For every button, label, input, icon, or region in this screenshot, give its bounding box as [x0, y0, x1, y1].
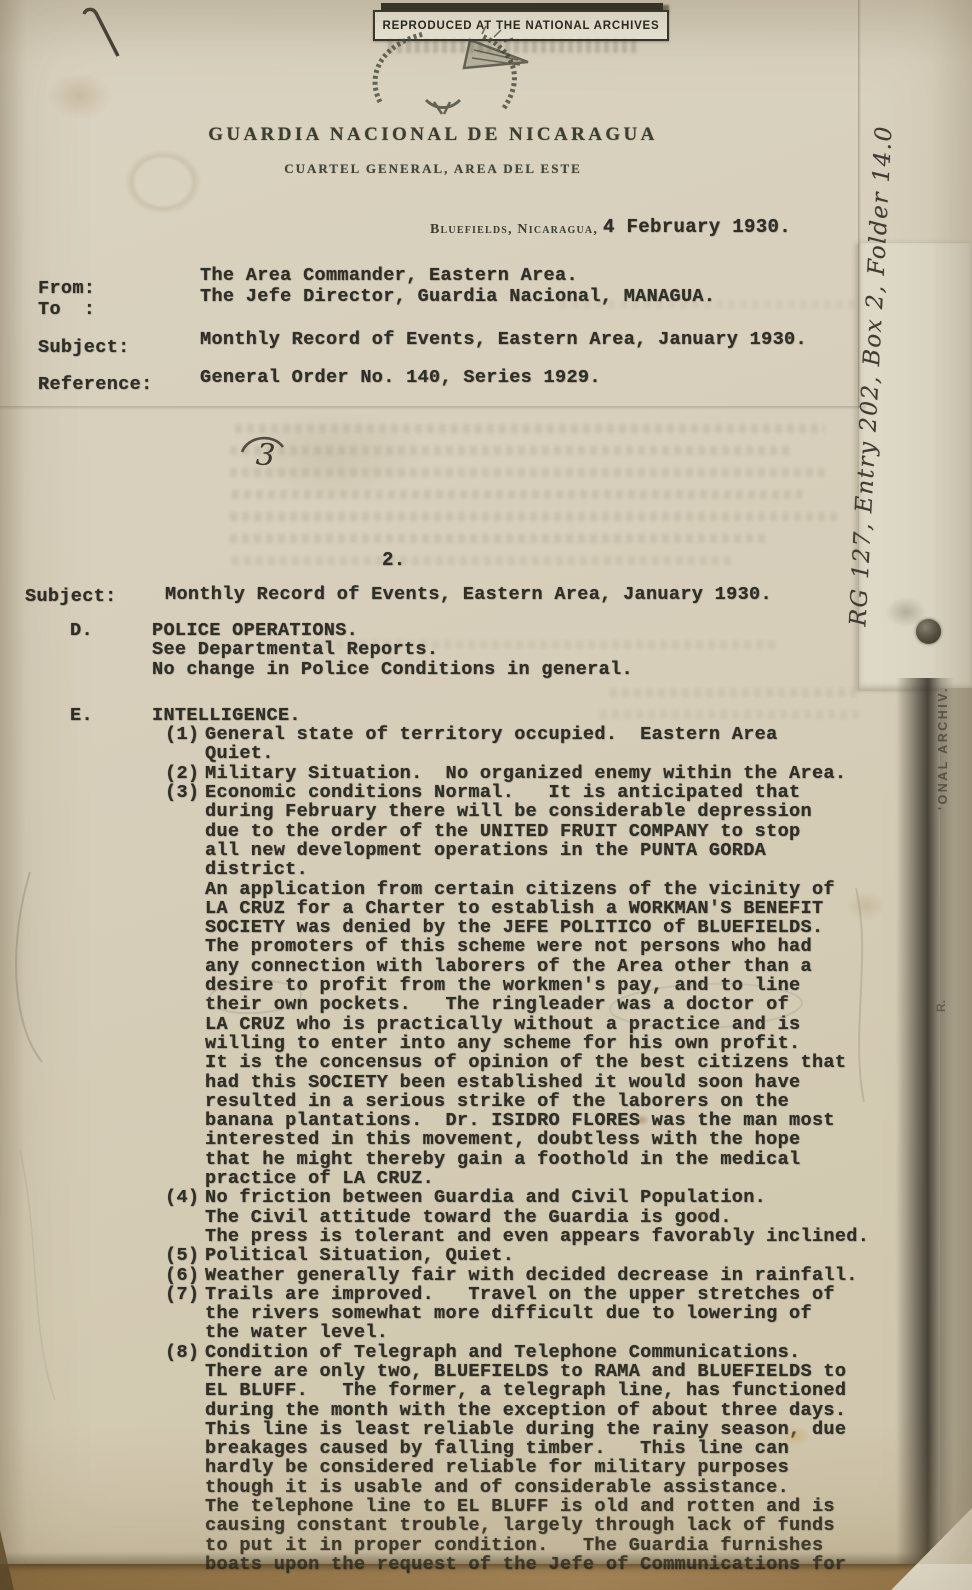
body-line: This line is least reliable during the r… [60, 1420, 878, 1439]
body-line: (3)Economic conditions Normal. It is ant… [60, 783, 878, 802]
body-line: (1)General state of territory occupied. … [60, 725, 878, 744]
body-line: the rivers somewhat more difficult due t… [60, 1304, 878, 1323]
body-line: Quiet. [60, 744, 878, 763]
dateline-date: 4 February 1930. [603, 216, 791, 238]
ghost-text [230, 446, 790, 455]
letterhead-division: CUARTEL GENERAL, AREA DEL ESTE [0, 161, 866, 177]
ghost-text [232, 490, 802, 499]
r-mark: R. [934, 972, 948, 1012]
field-value-from: The Area Commander, Eastern Area. [200, 266, 578, 285]
body-line: (2)Military Situation. No organized enem… [60, 764, 878, 783]
body-line: to put it in proper condition. The Guard… [60, 1536, 878, 1555]
field-value-to: The Jefe Director, Guardia Nacional, MAN… [200, 287, 715, 306]
body-line: E.INTELLIGENCE. [60, 706, 878, 725]
body-line: interested in this movement, doubtless w… [60, 1130, 878, 1149]
body-line: (4)No friction between Guardia and Civil… [60, 1188, 878, 1207]
page2-subject-label: Subject: [25, 587, 117, 606]
letterhead-organization: GUARDIA NACIONAL DE NICARAGUA [0, 124, 866, 146]
body-line: desire to profit from the workmen's pay,… [60, 976, 878, 995]
body-line: their own pockets. The ringleader was a … [60, 995, 878, 1014]
body-line: district. [60, 860, 878, 879]
body-line: The telephone line to EL BLUFF is old an… [60, 1497, 878, 1516]
page2-subject-value: Monthly Record of Events, Eastern Area, … [165, 585, 772, 604]
body-line: It is the concensus of opinion of the be… [60, 1053, 878, 1072]
body-line: See Departmental Reports. [60, 640, 878, 659]
punch-hole [916, 619, 941, 644]
body-line: LA CRUZ for a Charter to establish a WOR… [60, 899, 878, 918]
body-line: resulted in a serious strike of the labo… [60, 1092, 878, 1111]
body-line: LA CRUZ who is practically without a pra… [60, 1015, 878, 1034]
body-line: during February there will be considerab… [60, 802, 878, 821]
body-line: had this SOCIETY been established it wou… [60, 1073, 878, 1092]
body-line: during the month with the exception of a… [60, 1401, 878, 1420]
handwritten-numeral: 3 [255, 437, 276, 473]
field-value-reference: General Order No. 140, Series 1929. [200, 368, 601, 387]
body-line: willing to enter into any scheme for his… [60, 1034, 878, 1053]
ghost-text [230, 534, 770, 543]
top-sheet-bottom-edge [0, 406, 866, 410]
body-line: EL BLUFF. The former, a telegraph line, … [60, 1381, 878, 1400]
ghost-text [235, 424, 825, 433]
body-line: There are only two, BLUEFIELDS to RAMA a… [60, 1362, 878, 1381]
page-number: 2. [382, 549, 406, 571]
body-line: The promoters of this scheme were not pe… [60, 937, 878, 956]
body-line: boats upon the request of the Jefe of Co… [60, 1555, 878, 1574]
body-line: though it is usable and of considerable … [60, 1478, 878, 1497]
body-line: the water level. [60, 1323, 878, 1342]
body-lines: D.POLICE OPERATIONS.See Departmental Rep… [60, 621, 878, 1574]
body-line: (6)Weather generally fair with decided d… [60, 1266, 878, 1285]
body-line: practice of LA CRUZ. [60, 1169, 878, 1188]
right-shadow-band [896, 678, 954, 1564]
body-line: that he might thereby gain a foothold in… [60, 1150, 878, 1169]
body-line: due to the order of the UNITED FRUIT COM… [60, 822, 878, 841]
archive-stamp-text: REPRODUCED AT THE NATIONAL ARCHIVES [383, 20, 660, 32]
field-label-from: From: [38, 279, 95, 298]
body-line: No change in Police Conditions in genera… [60, 660, 878, 679]
scanned-document-photo: REPRODUCED AT THE NATIONAL ARCHIVES GUAR… [0, 0, 972, 1590]
body-line: (7)Trails are improved. Travel on the up… [60, 1285, 878, 1304]
vertical-stamp-fragment: 'ONAL ARCHIV. [936, 650, 950, 810]
field-label-reference: Reference: [38, 375, 153, 394]
field-label-subject: Subject: [38, 338, 130, 357]
ghost-text [232, 556, 732, 565]
body-line: (5)Political Situation, Quiet. [60, 1246, 878, 1265]
dateline-place: Bluefields, Nicaragua, [430, 222, 598, 238]
body-line: An application from certain citizens of … [60, 880, 878, 899]
body-line: all new development operations in the PU… [60, 841, 878, 860]
body-line: causing constant trouble, largely throug… [60, 1516, 878, 1535]
body-line: hardly be considered reliable for milita… [60, 1458, 878, 1477]
body-line: (8)Condition of Telegraph and Telephone … [60, 1343, 878, 1362]
body-line: banana plantations. Dr. ISIDRO FLORES wa… [60, 1111, 878, 1130]
stamp-echo-impression [388, 39, 638, 53]
body-line: breakages caused by falling timber. This… [60, 1439, 878, 1458]
field-label-to: To : [38, 300, 95, 319]
body-line: SOCIETY was denied by the JEFE POLITICO … [60, 918, 878, 937]
body-line: The Civil attitude toward the Guardia is… [60, 1208, 878, 1227]
body-line: D.POLICE OPERATIONS. [60, 621, 878, 640]
ghost-text [230, 512, 840, 521]
body-line: The press is tolerant and even appears f… [60, 1227, 878, 1246]
field-value-subject: Monthly Record of Events, Eastern Area, … [200, 330, 807, 349]
archive-stamp: REPRODUCED AT THE NATIONAL ARCHIVES [373, 10, 669, 41]
ghost-text [230, 468, 830, 477]
body-line: any connection with laborers of the Area… [60, 957, 878, 976]
